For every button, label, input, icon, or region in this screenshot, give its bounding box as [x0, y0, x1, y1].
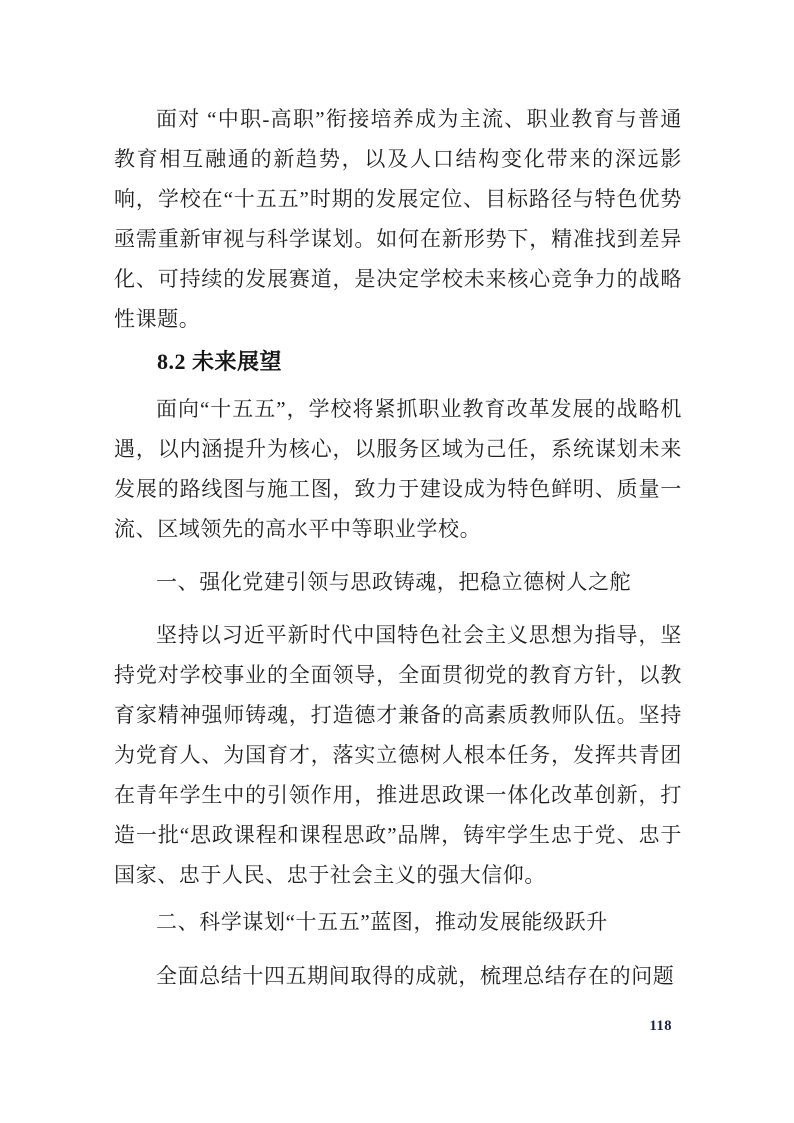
subheading-2: 二、科学谋划“十五五”蓝图，推动发展能级跃升	[114, 902, 682, 942]
body-paragraph-3: 坚持以习近平新时代中国特色社会主义思想为指导，坚持党对学校事业的全面领导，全面贯…	[114, 615, 682, 895]
body-paragraph-1: 面对 “中职-高职”衔接培养成为主流、职业教育与普通教育相互融通的新趋势，以及人…	[114, 99, 682, 339]
subheading-1: 一、强化党建引领与思政铸魂，把稳立德树人之舵	[114, 562, 682, 602]
section-heading-8-2: 8.2 未来展望	[114, 344, 682, 380]
page-number: 118	[650, 1016, 672, 1036]
document-body: 面对 “中职-高职”衔接培养成为主流、职业教育与普通教育相互融通的新趋势，以及人…	[0, 0, 794, 996]
body-paragraph-2: 面向“十五五”，学校将紧抓职业教育改革发展的战略机遇，以内涵提升为核心，以服务区…	[114, 389, 682, 549]
document-page: 面对 “中职-高职”衔接培养成为主流、职业教育与普通教育相互融通的新趋势，以及人…	[0, 0, 794, 1123]
body-paragraph-4: 全面总结十四五期间取得的成就，梳理总结存在的问题	[114, 956, 682, 996]
